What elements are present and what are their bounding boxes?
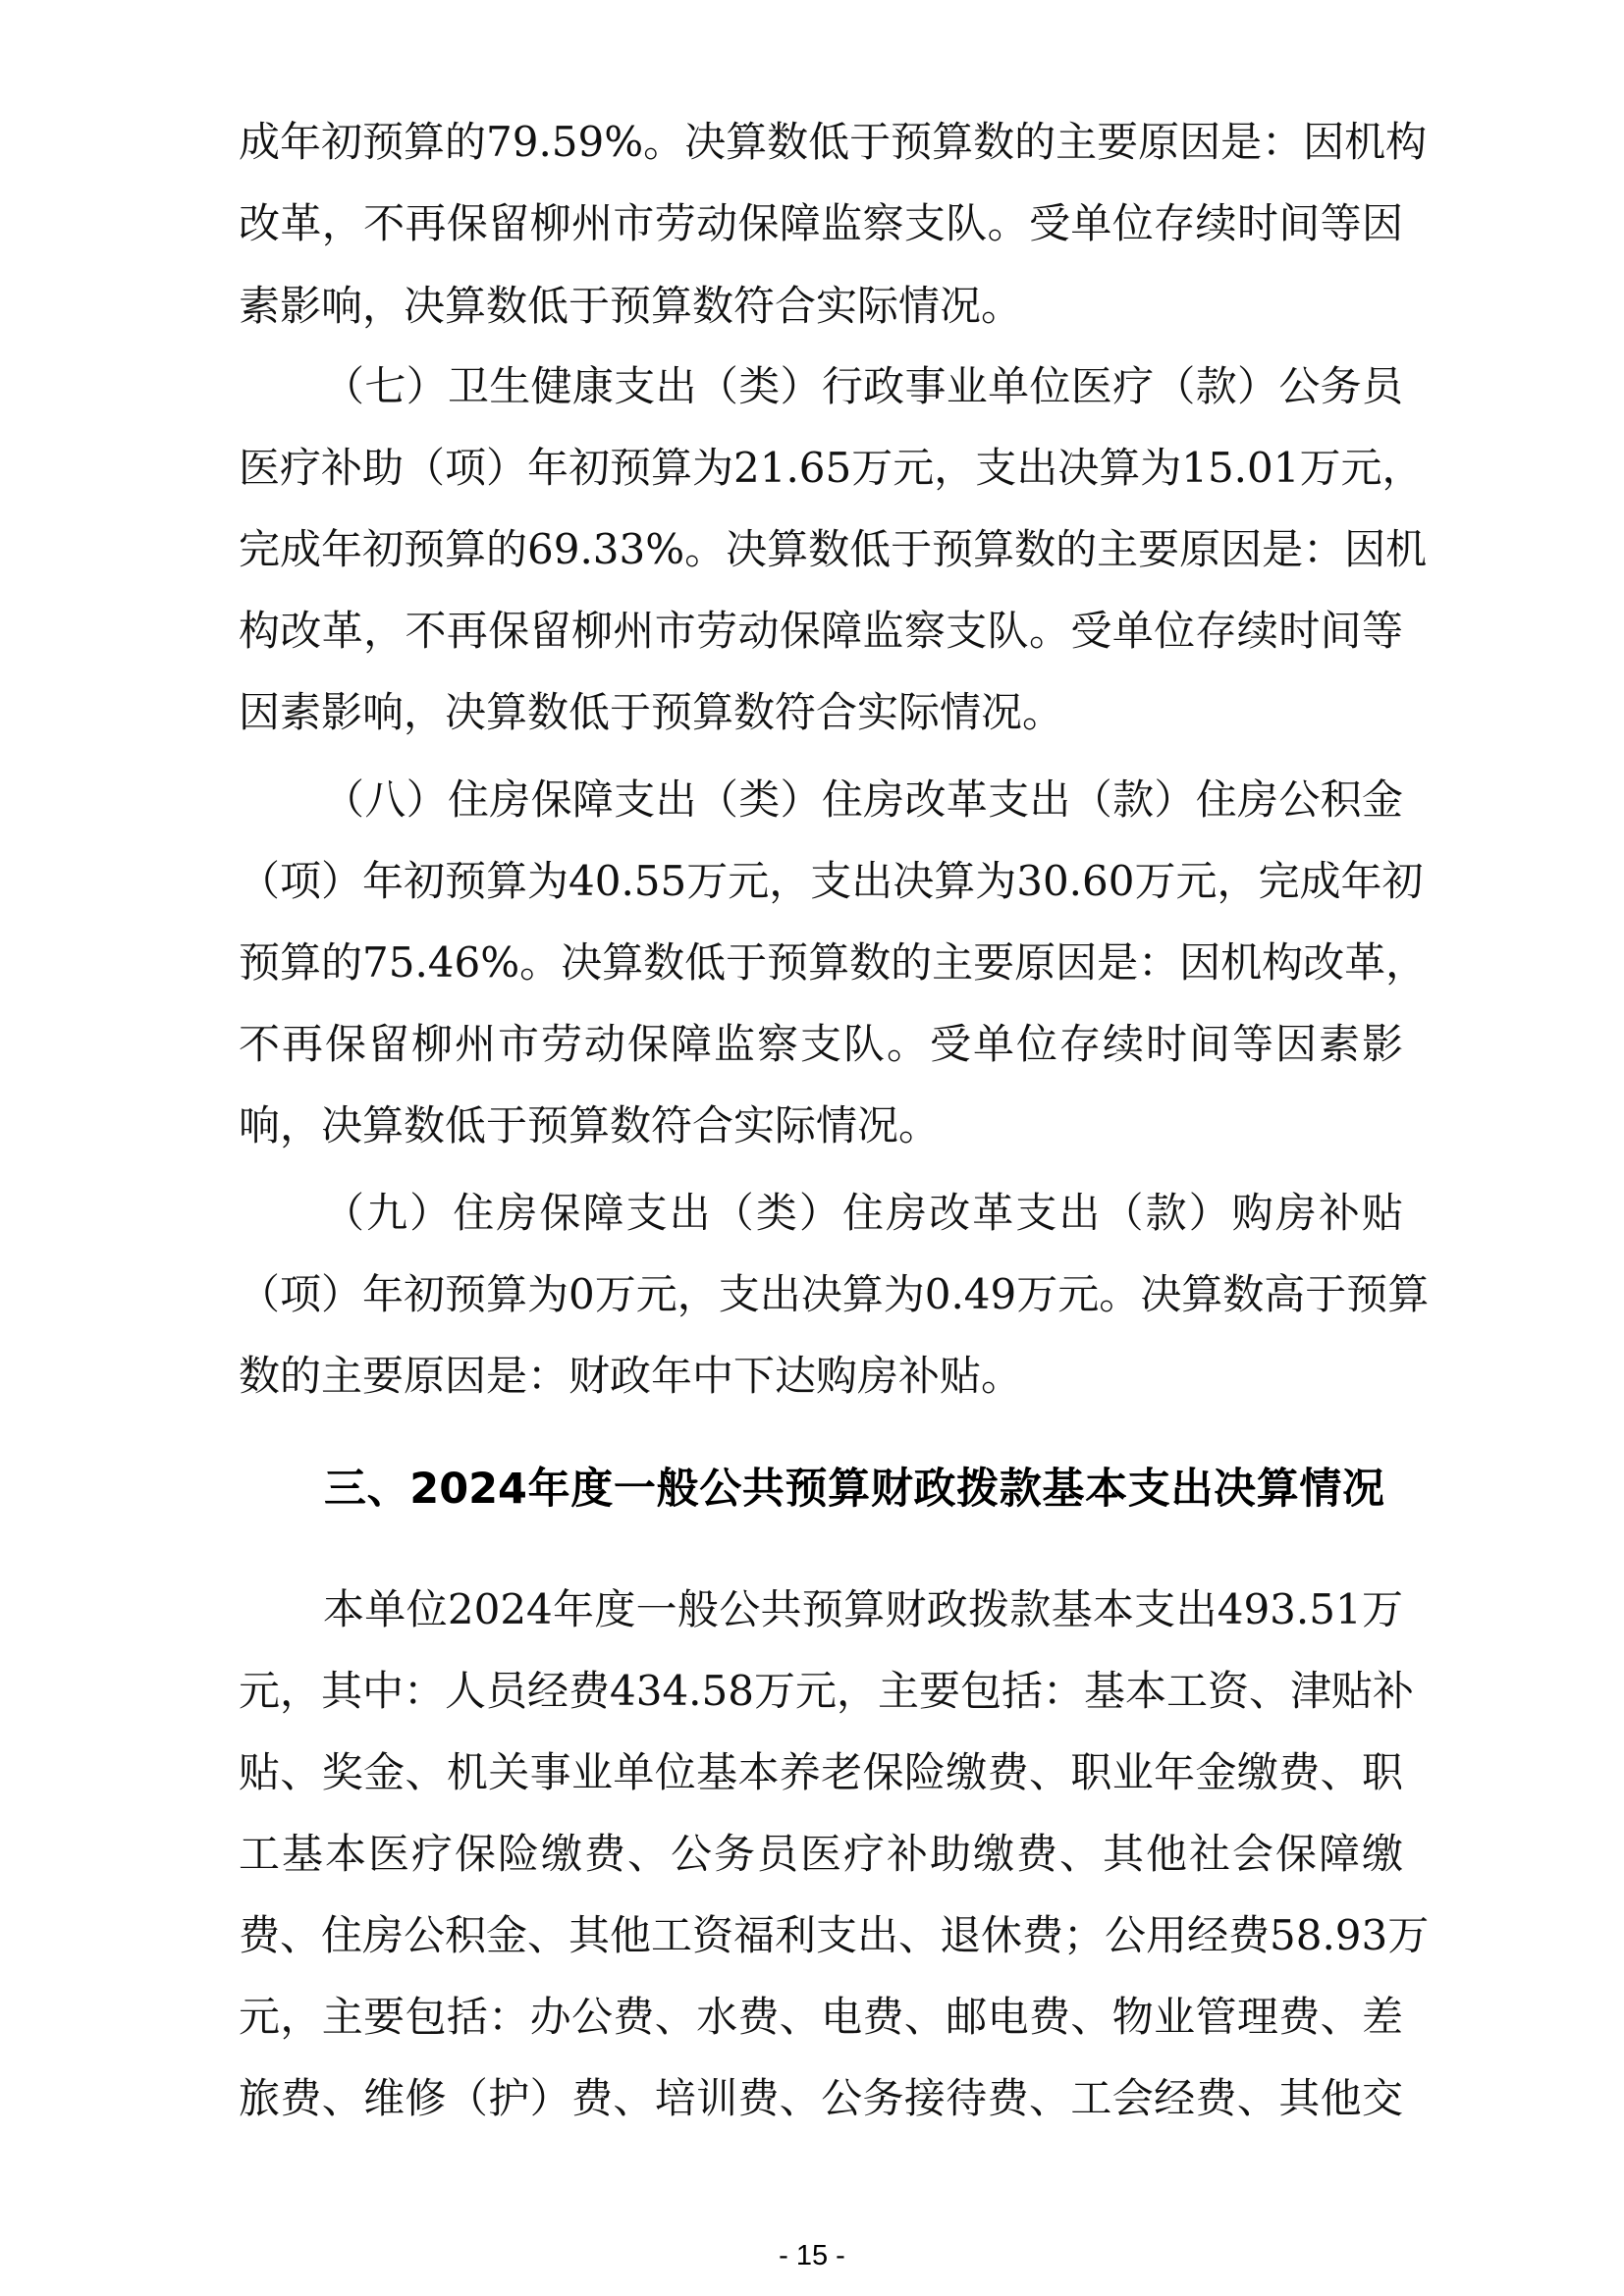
text-line: 工基本医疗保险缴费、公务员医疗补助缴费、其他社会保障缴 xyxy=(239,1825,1403,1884)
text-line: （九）住房保障支出（类）住房改革支出（款）购房补贴 xyxy=(323,1184,1403,1243)
text-line: 不再保留柳州市劳动保障监察支队。受单位存续时间等因素影 xyxy=(239,1015,1403,1074)
page-number: - 15 - xyxy=(0,2236,1624,2275)
text-line: 费、住房公积金、其他工资福利支出、退休费；公用经费58.93万 xyxy=(239,1906,1403,1965)
text-line: 本单位2024年度一般公共预算财政拨款基本支出493.51万 xyxy=(323,1580,1403,1639)
text-line: 改革，不再保留柳州市劳动保障监察支队。受单位存续时间等因 xyxy=(239,194,1403,253)
text-line: 预算的75.46%。决算数低于预算数的主要原因是：因机构改革， xyxy=(239,934,1403,992)
text-line: （项）年初预算为40.55万元，支出决算为30.60万元，完成年初 xyxy=(239,852,1403,911)
text-line: 构改革，不再保留柳州市劳动保障监察支队。受单位存续时间等 xyxy=(239,602,1403,661)
text-line: 响，决算数低于预算数符合实际情况。 xyxy=(239,1096,1403,1155)
text-line: 医疗补助（项）年初预算为21.65万元，支出决算为15.01万元， xyxy=(239,439,1403,498)
text-line: 旅费、维修（护）费、培训费、公务接待费、工会经费、其他交 xyxy=(239,2069,1403,2128)
section-heading: 三、2024年度一般公共预算财政拨款基本支出决算情况 xyxy=(324,1458,1384,1521)
document-page: 成年初预算的79.59%。决算数低于预算数的主要原因是：因机构 改革，不再保留柳… xyxy=(0,0,1624,2296)
text-line: 素影响，决算数低于预算数符合实际情况。 xyxy=(239,277,1403,336)
text-line: 贴、奖金、机关事业单位基本养老保险缴费、职业年金缴费、职 xyxy=(239,1743,1403,1802)
text-line: 因素影响，决算数低于预算数符合实际情况。 xyxy=(239,683,1403,742)
text-line: 成年初预算的79.59%。决算数低于预算数的主要原因是：因机构 xyxy=(239,113,1403,172)
text-line: （项）年初预算为0万元，支出决算为0.49万元。决算数高于预算 xyxy=(239,1265,1403,1324)
text-line: （八）住房保障支出（类）住房改革支出（款）住房公积金 xyxy=(323,771,1403,829)
text-line: 元，其中：人员经费434.58万元，主要包括：基本工资、津贴补 xyxy=(239,1662,1403,1721)
text-line: 数的主要原因是：财政年中下达购房补贴。 xyxy=(239,1347,1403,1406)
text-line: 完成年初预算的69.33%。决算数低于预算数的主要原因是：因机 xyxy=(239,520,1403,579)
text-line: （七）卫生健康支出（类）行政事业单位医疗（款）公务员 xyxy=(323,357,1403,416)
text-line: 元，主要包括：办公费、水费、电费、邮电费、物业管理费、差 xyxy=(239,1988,1403,2047)
